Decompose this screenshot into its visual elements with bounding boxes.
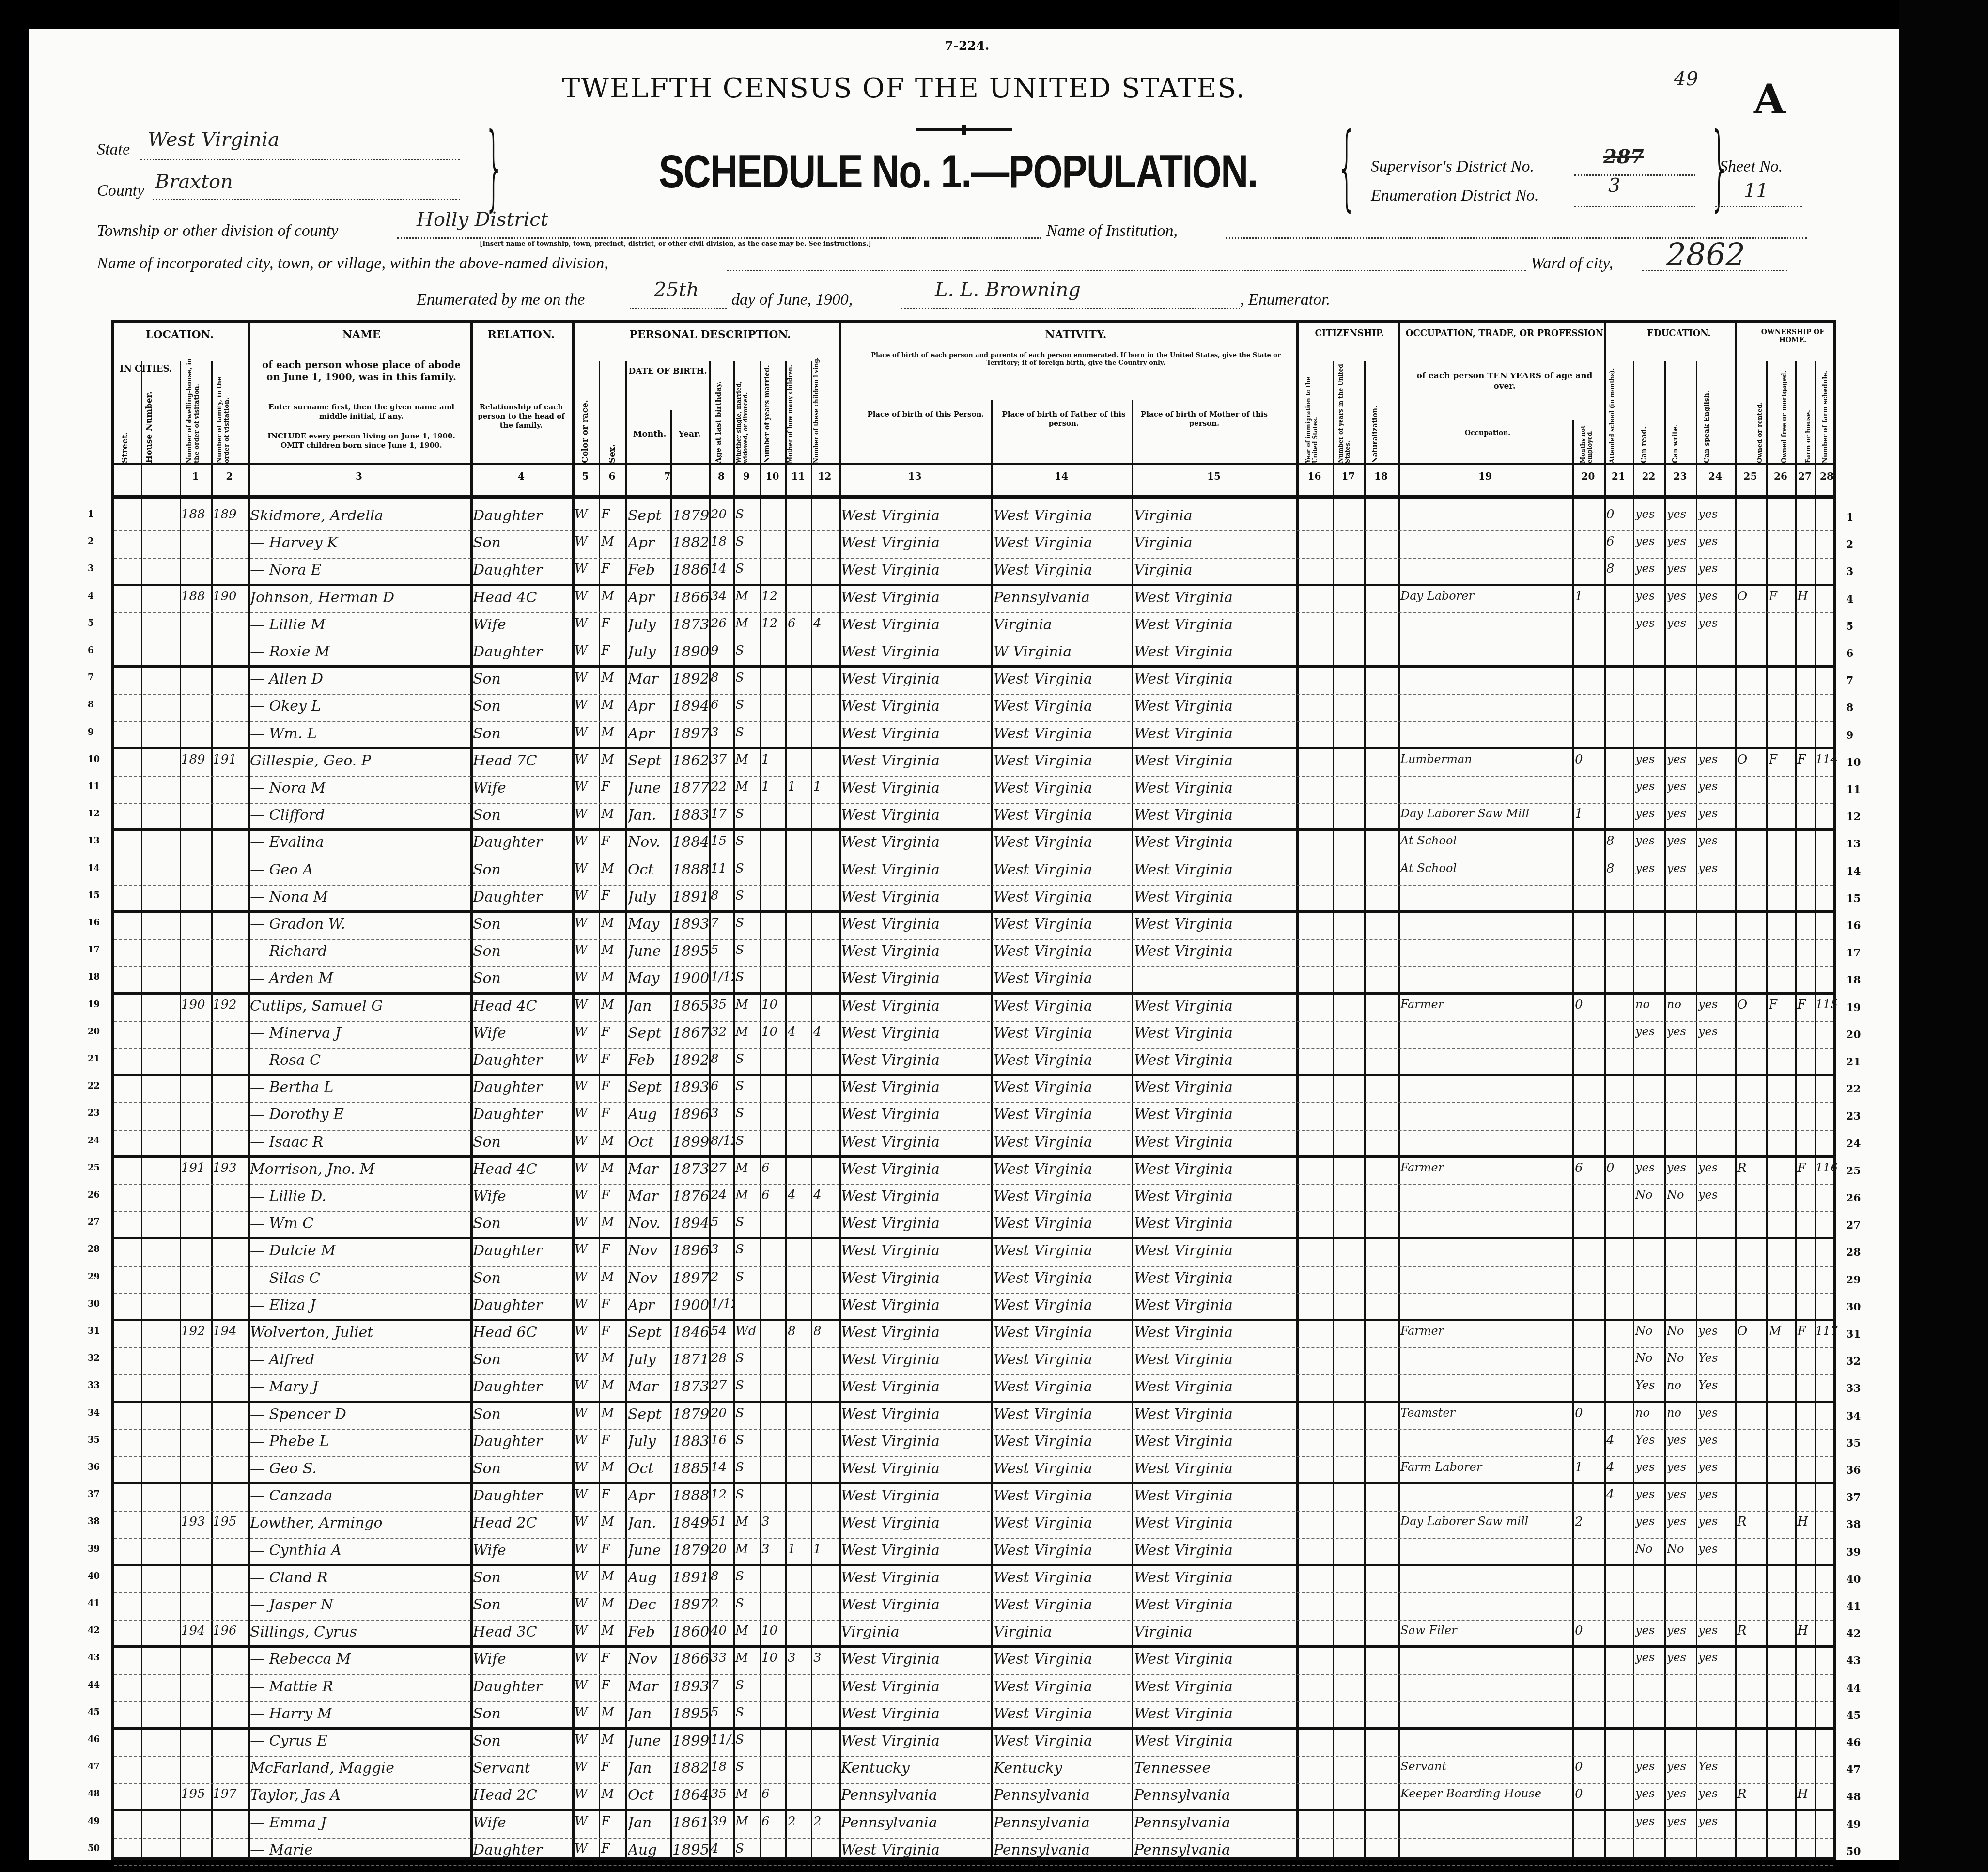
cell-sex: F (601, 1242, 625, 1257)
cell-mar: S (735, 1134, 760, 1148)
cell-color: W (575, 1297, 599, 1311)
column-number: 2 (211, 470, 248, 482)
cell-bf: West Virginia (994, 1378, 1132, 1395)
cell-bm: West Virginia (1134, 1569, 1296, 1586)
cell-color: W (575, 1514, 599, 1529)
table-row: 188190Johnson, Herman DHead 4CWMApr18663… (114, 586, 1833, 613)
enumerated-middle: day of June, 1900, (731, 291, 853, 309)
column-number: 23 (1664, 470, 1696, 482)
cell-ym: 3 (761, 1542, 785, 1557)
cell-bp: West Virginia (841, 1651, 991, 1668)
cell-rel: Servant (473, 1760, 572, 1777)
cell-bm: West Virginia (1134, 1052, 1296, 1069)
column-number: 19 (1398, 470, 1572, 482)
cell-bm: West Virginia (1134, 834, 1296, 851)
line-number: 35 (1846, 1437, 1861, 1450)
cell-eng: yes (1698, 998, 1735, 1011)
cell-own: O (1737, 1324, 1766, 1339)
cell-bf: West Virginia (994, 834, 1132, 851)
cell-write: yes (1667, 562, 1696, 575)
cell-color: W (575, 834, 599, 848)
cell-age: 16 (711, 1433, 734, 1448)
cell-mar: S (735, 834, 760, 848)
cell-bp: West Virginia (841, 1215, 991, 1232)
cell-sex: M (601, 1351, 625, 1366)
cell-read: yes (1635, 1787, 1664, 1800)
cell-mc: 2 (788, 1814, 810, 1829)
city-line[interactable] (727, 270, 1526, 271)
cell-sex: F (601, 507, 625, 522)
cell-mc: 8 (788, 1324, 810, 1339)
cell-yr: 1893 (672, 1079, 709, 1096)
ward-line (1642, 270, 1787, 271)
enumerator-name[interactable]: L. L. Browning (935, 279, 1081, 301)
state-line (140, 159, 460, 160)
cell-yr: 1871 (672, 1351, 709, 1368)
cell-dw: 189 (181, 752, 210, 767)
line-number-left: 49 (88, 1816, 100, 1826)
table-row: — Wm. LSonWMApr18973SWest VirginiaWest V… (114, 722, 1833, 749)
cell-color: W (575, 780, 599, 794)
cell-mar: M (735, 1787, 760, 1801)
cell-mo: Sept (628, 1324, 670, 1341)
township-label: Township or other division of county (97, 222, 338, 240)
table-row: — Gradon W.SonWMMay18937SWest VirginiaWe… (114, 913, 1833, 940)
cell-bp: West Virginia (841, 1025, 991, 1042)
cell-cl: 4 (813, 616, 838, 631)
cell-bm: West Virginia (1134, 1188, 1296, 1205)
cell-name: — Cynthia A (250, 1542, 470, 1559)
cell-mar: M (735, 1161, 760, 1175)
cell-eng: yes (1698, 1623, 1735, 1637)
line-number-left: 9 (88, 727, 94, 737)
cell-bp: West Virginia (841, 1324, 991, 1341)
cell-sex: M (601, 534, 625, 549)
cell-write: yes (1667, 834, 1696, 847)
cell-age: 6 (711, 1079, 734, 1093)
cell-bm: West Virginia (1134, 1351, 1296, 1368)
cell-bp: West Virginia (841, 562, 991, 578)
cell-bm: West Virginia (1134, 1651, 1296, 1668)
cell-name: — Allen D (250, 671, 470, 687)
cell-mar: M (735, 1623, 760, 1638)
vheader-attended-school: Attended school (in months). (1609, 361, 1628, 463)
cell-write: yes (1667, 589, 1696, 603)
cell-ym: 10 (761, 1651, 785, 1665)
cell-age: 11/12 (711, 1732, 734, 1747)
cell-eng: yes (1698, 780, 1735, 793)
enumerated-day-line (630, 308, 727, 309)
cell-bp: West Virginia (841, 1514, 991, 1531)
cell-bm: West Virginia (1134, 1161, 1296, 1178)
cell-eng: yes (1698, 1514, 1735, 1528)
cell-rel: Son (473, 1406, 572, 1423)
cell-color: W (575, 1052, 599, 1066)
cell-write: no (1667, 998, 1696, 1011)
cell-age: 20 (711, 1542, 734, 1557)
table-row: — Arden MSonWMMay19001/12SWest VirginiaW… (114, 967, 1833, 994)
cell-yr: 1895 (672, 1841, 709, 1858)
cell-age: 9 (711, 643, 734, 658)
cell-mar: S (735, 861, 760, 876)
column-number: 24 (1696, 470, 1735, 482)
cell-bm: West Virginia (1134, 1378, 1296, 1395)
cell-write: yes (1667, 807, 1696, 820)
cell-bf: West Virginia (994, 1705, 1132, 1722)
cell-bp: West Virginia (841, 780, 991, 796)
line-number: 7 (1846, 674, 1853, 687)
cell-name: — Lillie D. (250, 1188, 470, 1205)
cell-mo: Feb (628, 562, 670, 578)
cell-sex: M (601, 1732, 625, 1747)
column-number: 26 (1766, 470, 1795, 482)
cell-bf: West Virginia (994, 534, 1132, 551)
cell-sch: 4 (1606, 1460, 1633, 1475)
cell-name: — Roxie M (250, 643, 470, 660)
ward-value[interactable]: 2862 (1666, 237, 1745, 273)
cell-bf: West Virginia (994, 1569, 1132, 1586)
header-divider (114, 463, 1833, 465)
cell-free: F (1769, 998, 1795, 1012)
cell-age: 5 (711, 943, 734, 957)
cell-name: Cutlips, Samuel G (250, 998, 470, 1014)
cell-bm: Tennessee (1134, 1760, 1296, 1777)
cell-free: F (1769, 752, 1795, 767)
cell-color: W (575, 1161, 599, 1175)
enumeration-value[interactable]: 3 (1608, 174, 1620, 197)
cell-bp: West Virginia (841, 861, 991, 878)
cell-name: — Bertha L (250, 1079, 470, 1096)
cell-eng: yes (1698, 507, 1735, 521)
cell-bp: West Virginia (841, 1351, 991, 1368)
column-number: 20 (1572, 470, 1604, 482)
cell-eng: yes (1698, 534, 1735, 548)
cell-bf: Pennsylvania (994, 1841, 1132, 1858)
cell-bm: West Virginia (1134, 1678, 1296, 1695)
cell-ym: 6 (761, 1787, 785, 1801)
header-in-cities: IN CITIES. (114, 364, 177, 374)
cell-unemp: 0 (1575, 1787, 1604, 1801)
cell-color: W (575, 507, 599, 522)
cell-bm: Pennsylvania (1134, 1841, 1296, 1858)
cell-rel: Daughter (473, 643, 572, 660)
cell-mar: S (735, 1242, 760, 1257)
cell-yr: 1849 (672, 1514, 709, 1531)
cell-write: yes (1667, 1623, 1696, 1637)
cell-ym: 1 (761, 780, 785, 794)
cell-bf: West Virginia (994, 1106, 1132, 1123)
header-divider-thick (114, 495, 1833, 499)
cell-bp: West Virginia (841, 752, 991, 769)
cell-write: yes (1667, 616, 1696, 630)
cell-mar: M (735, 616, 760, 631)
cell-yr: 1883 (672, 1433, 709, 1450)
cell-mar: S (735, 1079, 760, 1093)
table-row: — Lillie D.WifeWFMar187624M644West Virgi… (114, 1185, 1833, 1212)
cell-mo: July (628, 616, 670, 633)
cell-bm: West Virginia (1134, 780, 1296, 796)
cell-name: — Nora E (250, 562, 470, 578)
cell-rel: Daughter (473, 834, 572, 851)
cell-mo: May (628, 916, 670, 933)
cell-age: 1/12 (711, 1297, 734, 1311)
cell-occ: Saw Filer (1400, 1623, 1572, 1637)
cell-read: yes (1635, 616, 1664, 630)
line-number: 46 (1846, 1736, 1861, 1749)
cell-bp: West Virginia (841, 889, 991, 905)
header-relation-desc: Relationship of each person to the head … (475, 403, 567, 430)
cell-bp: West Virginia (841, 943, 991, 960)
cell-bm: West Virginia (1134, 1324, 1296, 1341)
cell-fs: 114 (1816, 752, 1839, 766)
cell-rel: Wife (473, 1651, 572, 1668)
cell-mar: S (735, 534, 760, 549)
cell-eng: yes (1698, 616, 1735, 630)
column-number: 4 (470, 470, 572, 482)
cell-bp: West Virginia (841, 1433, 991, 1450)
cell-mo: Mar (628, 1188, 670, 1205)
cell-mc: 4 (788, 1188, 810, 1202)
cell-age: 7 (711, 916, 734, 930)
cell-name: Taylor, Jas A (250, 1787, 470, 1804)
line-number: 27 (1846, 1219, 1861, 1232)
state-label: State (97, 140, 130, 159)
cell-eng: Yes (1698, 1351, 1735, 1365)
cell-write: yes (1667, 1460, 1696, 1474)
cell-ym: 12 (761, 589, 785, 604)
cell-bf: West Virginia (994, 1460, 1132, 1477)
cell-name: — Okey L (250, 698, 470, 715)
vheader-house: House Number. (144, 381, 154, 463)
cell-yr: 1873 (672, 616, 709, 633)
cell-mar: S (735, 1732, 760, 1747)
cell-mo: Jan (628, 1814, 670, 1831)
cell-mo: Mar (628, 671, 670, 687)
cell-yr: 1879 (672, 1406, 709, 1423)
cell-bp: West Virginia (841, 1487, 991, 1504)
cell-age: 6 (711, 698, 734, 712)
cell-write: No (1667, 1351, 1696, 1365)
cell-sch: 4 (1606, 1487, 1633, 1502)
cell-mo: Sept (628, 752, 670, 769)
enumerated-day[interactable]: 25th (654, 279, 699, 301)
cell-bm: West Virginia (1134, 698, 1296, 715)
vheader-months-unemployed: Months not employed. (1580, 400, 1599, 463)
cell-bp: West Virginia (841, 1542, 991, 1559)
line-number-left: 4 (88, 591, 94, 601)
cell-eng: yes (1698, 1542, 1735, 1556)
table-row: — Nora EDaughterWFFeb188614SWest Virgini… (114, 559, 1833, 586)
cell-write: yes (1667, 1025, 1696, 1038)
cell-bp: Virginia (841, 1623, 991, 1640)
cell-color: W (575, 725, 599, 740)
line-number-left: 47 (88, 1762, 100, 1772)
cell-sex: M (601, 589, 625, 604)
cell-bm: West Virginia (1134, 589, 1296, 606)
supervisor-value[interactable]: 287 (1603, 145, 1644, 168)
cell-mo: Jan (628, 1760, 670, 1777)
cell-bf: Kentucky (994, 1760, 1132, 1777)
line-number-left: 7 (88, 672, 94, 683)
cell-mar: S (735, 916, 760, 930)
line-number-left: 11 (88, 781, 100, 792)
cell-bm: West Virginia (1134, 943, 1296, 960)
cell-mo: Mar (628, 1678, 670, 1695)
cell-write: yes (1667, 1651, 1696, 1664)
cell-bm: West Virginia (1134, 671, 1296, 687)
census-title: TWELFTH CENSUS OF THE UNITED STATES. (562, 73, 1245, 104)
cell-read: No (1635, 1351, 1664, 1365)
cell-ym: 6 (761, 1814, 785, 1829)
line-number-left: 25 (88, 1163, 100, 1173)
table-row: — Emma JWifeWFJan186139M622PennsylvaniaP… (114, 1811, 1833, 1839)
cell-age: 2 (711, 1596, 734, 1611)
cell-yr: 1888 (672, 1487, 709, 1504)
table-row: — Mattie RDaughterWFMar18937SWest Virgin… (114, 1675, 1833, 1702)
cell-color: W (575, 1406, 599, 1420)
cell-dw: 194 (181, 1623, 210, 1638)
cell-age: 26 (711, 616, 734, 631)
cell-yr: 1891 (672, 889, 709, 905)
line-number-left: 50 (88, 1843, 100, 1854)
cell-mo: Oct (628, 1787, 670, 1804)
cell-mo: Sept (628, 1079, 670, 1096)
table-row: — Cyrus ESonWMJune189911/12SWest Virgini… (114, 1730, 1833, 1757)
header-name-instr1: Enter surname first, then the given name… (260, 403, 463, 421)
cell-sex: F (601, 780, 625, 794)
cell-age: 5 (711, 1705, 734, 1720)
cell-fam: 192 (213, 998, 247, 1012)
cell-bp: West Virginia (841, 970, 991, 987)
table-row: — Cynthia AWifeWFJune187920M311West Virg… (114, 1539, 1833, 1566)
cell-fam: 196 (213, 1623, 247, 1638)
cell-fam: 193 (213, 1161, 247, 1175)
cell-read: yes (1635, 861, 1664, 875)
line-number-left: 13 (88, 836, 100, 846)
table-row: — Isaac RSonWMOct18998/12SWest VirginiaW… (114, 1131, 1833, 1158)
cell-bp: West Virginia (841, 834, 991, 851)
cell-name: — Isaac R (250, 1134, 470, 1151)
cell-yr: 1896 (672, 1242, 709, 1259)
cell-bf: West Virginia (994, 970, 1132, 987)
column-number: 12 (811, 470, 839, 482)
cell-mar: S (735, 1215, 760, 1230)
column-number: 15 (1132, 470, 1296, 482)
cell-read: yes (1635, 1460, 1664, 1474)
cell-mar: S (735, 1596, 760, 1611)
cell-bf: West Virginia (994, 1487, 1132, 1504)
line-number: 25 (1846, 1165, 1861, 1177)
cell-rel: Son (473, 725, 572, 742)
vheader-can-write: Can write. (1672, 395, 1679, 463)
cell-age: 1/12 (711, 970, 734, 984)
cell-bm: West Virginia (1134, 1732, 1296, 1749)
cell-yr: 1890 (672, 643, 709, 660)
cell-unemp: 1 (1575, 589, 1604, 604)
township-value[interactable]: Holly District (417, 208, 548, 231)
cell-eng: yes (1698, 752, 1735, 766)
cell-bm: Virginia (1134, 507, 1296, 524)
cell-color: W (575, 562, 599, 576)
cell-age: 15 (711, 834, 734, 848)
line-number: 49 (1846, 1818, 1861, 1831)
column-number: 11 (785, 470, 811, 482)
cell-age: 5 (711, 1215, 734, 1230)
vheader-owned-rented: Owned or rented. (1756, 371, 1764, 463)
cell-eng: yes (1698, 1651, 1735, 1664)
cell-write: yes (1667, 534, 1696, 548)
header-ownership: OWNERSHIP OF HOME. (1747, 328, 1839, 344)
cell-sex: M (601, 1623, 625, 1638)
line-number: 44 (1846, 1682, 1861, 1695)
cell-sex: F (601, 1433, 625, 1448)
vheader-dwelling: Number of dwelling-house, in the order o… (186, 357, 205, 463)
enumeration-label: Enumeration District No. (1371, 187, 1539, 205)
cell-eng: yes (1698, 1406, 1735, 1420)
cell-mar: S (735, 1678, 760, 1693)
cell-bp: West Virginia (841, 1052, 991, 1069)
cell-read: yes (1635, 752, 1664, 766)
cell-yr: 1877 (672, 780, 709, 796)
cell-name: — Evalina (250, 834, 470, 851)
cell-name: — Harvey K (250, 534, 470, 551)
cell-rel: Wife (473, 1188, 572, 1205)
line-number-left: 33 (88, 1380, 100, 1390)
cell-fh: H (1797, 1514, 1815, 1529)
header-nativity-desc: Place of birth of each person and parent… (860, 352, 1291, 368)
vheader-mother-of: Mother of how many children. (787, 357, 806, 463)
county-value[interactable]: Braxton (155, 171, 233, 193)
cell-name: — Cyrus E (250, 1732, 470, 1749)
line-number-left: 40 (88, 1571, 100, 1581)
cell-bf: West Virginia (994, 1297, 1132, 1314)
cell-fam: 197 (213, 1787, 247, 1801)
state-value[interactable]: West Virginia (148, 128, 280, 151)
cell-mo: Sept (628, 507, 670, 524)
cell-sex: F (601, 1542, 625, 1557)
cell-bm: West Virginia (1134, 1596, 1296, 1613)
cell-fs: 117 (1816, 1324, 1839, 1338)
sheet-value[interactable]: 11 (1744, 179, 1769, 202)
cell-dw: 191 (181, 1161, 210, 1175)
cell-name: — Spencer D (250, 1406, 470, 1423)
cell-mo: Oct (628, 1134, 670, 1151)
cell-bf: West Virginia (994, 1678, 1132, 1695)
cell-eng: Yes (1698, 1378, 1735, 1392)
cell-unemp: 6 (1575, 1161, 1604, 1175)
column-number: 17 (1333, 470, 1364, 482)
cell-mar: S (735, 970, 760, 984)
vheader-speak-english: Can speak English. (1703, 371, 1711, 463)
cell-yr: 1892 (672, 1052, 709, 1069)
cell-sex: F (601, 834, 625, 848)
cell-yr: 1897 (672, 1596, 709, 1613)
cell-mo: Nov (628, 1651, 670, 1668)
cell-read: yes (1635, 1814, 1664, 1828)
cell-age: 8 (711, 1569, 734, 1584)
cell-read: yes (1635, 1025, 1664, 1038)
cell-age: 28 (711, 1351, 734, 1366)
cell-ym: 1 (761, 752, 785, 767)
cell-own: O (1737, 589, 1766, 604)
cell-bp: West Virginia (841, 1134, 991, 1151)
cell-read: yes (1635, 834, 1664, 847)
cell-color: W (575, 1351, 599, 1366)
line-number-left: 28 (88, 1244, 100, 1254)
table-row: — Okey LSonWMApr18946SWest VirginiaWest … (114, 695, 1833, 722)
cell-name: — Nora M (250, 780, 470, 796)
cell-bm: West Virginia (1134, 643, 1296, 660)
